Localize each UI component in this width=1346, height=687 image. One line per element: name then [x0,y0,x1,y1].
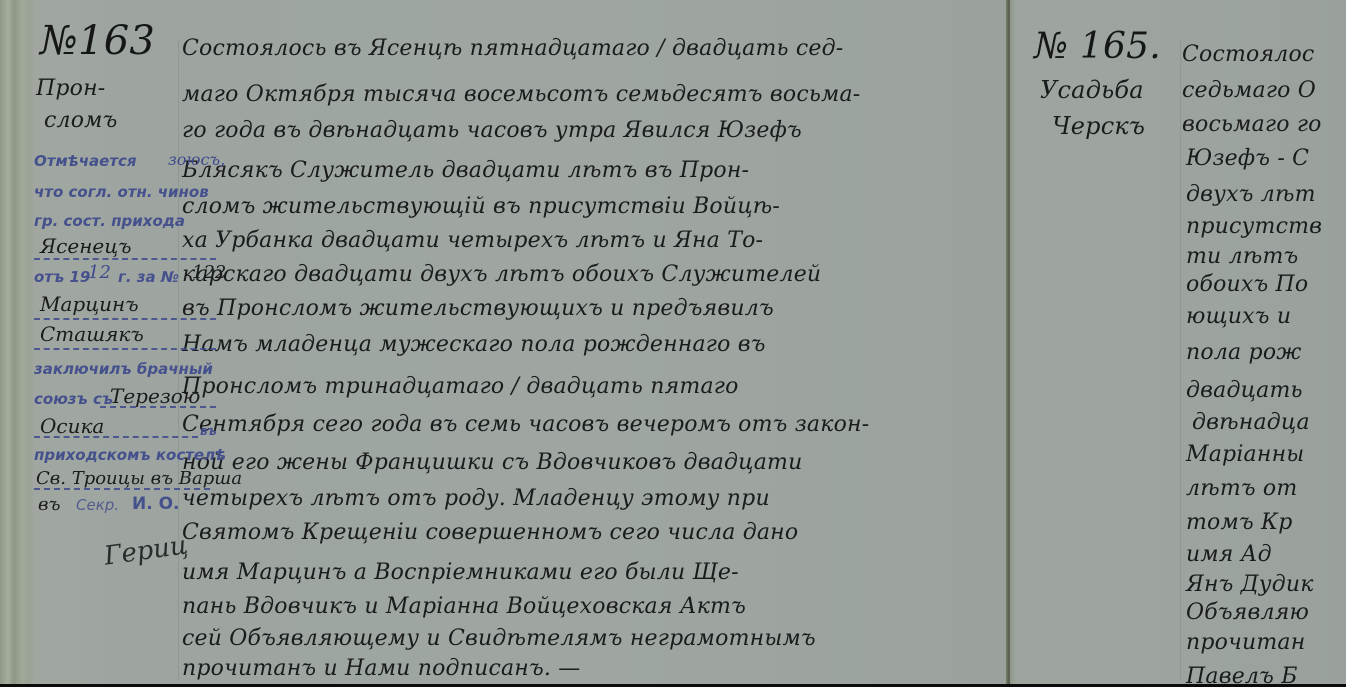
entry-line: двухъ лѣт [1186,182,1316,207]
stamp-text: отъ 19 [34,268,90,286]
entry-line: маго Октября тысяча восемьсотъ семьдесят… [182,82,860,107]
margin-note-line: Прон- [36,76,105,101]
stamp-fill: 12 [88,262,111,283]
stamp-text: въ [200,424,217,438]
entry-line: Состоялос [1182,42,1314,67]
entry-line: томъ Кр [1186,510,1293,535]
margin-note-line: сломъ [44,108,117,133]
entry-line: го года въ двѣнадцать часовъ утра Явился… [182,118,802,143]
entry-line: ющихъ и [1186,304,1291,329]
stamp-text: заключилъ брачный [34,360,213,378]
entry-line: имя Марцинъ а Воспріемниками его были Ще… [182,560,739,585]
stamp-underline [34,258,216,260]
right-page: № 165. Усадьба Черскъ Состоялос седьмаго… [1010,0,1346,684]
left-page: №163 Прон- сломъ Состоялось въ Ясенцѣ пя… [0,0,1008,684]
entry-line: лѣтъ от [1186,476,1297,501]
stamp-underline [34,318,216,320]
secretary-signature: Гериц [102,530,189,571]
document-scan: №163 Прон- сломъ Состоялось въ Ясенцѣ пя… [0,0,1346,684]
entry-line: Юзефъ - С [1186,146,1309,171]
stamp-fill: Марцинъ [40,292,139,316]
entry-line: обоихъ По [1186,272,1308,297]
stamp-fill: Св. Троицы въ Варша [36,468,242,489]
entry-line: ной его жены Францишки съ Вдовчиковъ два… [182,450,802,475]
stamp-fill: Ясенецъ [40,234,131,258]
margin-note-line: Усадьба [1040,76,1144,104]
stamp-fill: Сташякъ [40,322,144,346]
stamp-fill: зоюсъ, [168,150,225,169]
entry-line: двѣнадца [1192,410,1310,435]
stamp-text: гр. сост. прихода [34,212,185,230]
secretary-initials-stamp: И. О. [132,494,180,514]
entry-line: сломъ жительствующій въ присутствіи Войц… [182,194,780,219]
stamp-text: Отмѣчается [34,152,137,170]
entry-line: двадцать [1186,378,1303,403]
stamp-fill: въ [38,494,60,515]
margin-rule [1180,40,1181,680]
entry-number: №163 [40,18,155,64]
stamp-text: приходскомъ костелѣ [34,446,226,464]
entry-line: Блясякъ Служитель двадцати лѣтъ въ Прон- [182,158,749,183]
entry-line: въ Пронсломъ жительствующихъ и предъявил… [182,296,774,321]
stamp-underline [34,488,210,490]
stamp-fill: Осика [40,414,104,438]
entry-line: Павелъ Б [1186,664,1298,684]
entry-line: сей Объявляющему и Свидѣтелямъ неграмотн… [182,626,816,651]
stamp-underline [34,436,198,438]
stamp-text: Секр. [76,496,119,514]
entry-line: седьмаго О [1182,78,1316,103]
entry-line: Намъ младенца мужескаго пола рожденнаго … [182,332,766,357]
entry-line: Янъ Дудик [1186,572,1314,597]
entry-line: Маріанны [1186,442,1304,467]
entry-line: имя Ад [1186,542,1272,567]
entry-line: Состоялось въ Ясенцѣ пятнадцатаго / двад… [182,36,843,61]
entry-line: Пронсломъ тринадцатаго / двадцать пятаго [182,374,739,399]
entry-line: прочитан [1186,630,1305,655]
entry-line: пань Вдовчикъ и Маріанна Войцеховская Ак… [182,594,746,619]
stamp-underline [100,406,216,408]
entry-line: восьмаго го [1182,112,1322,137]
entry-line: четырехъ лѣтъ отъ роду. Младенцу этому п… [182,486,770,511]
margin-note-line: Черскъ [1052,112,1145,140]
entry-number: № 165. [1034,26,1161,67]
stamp-text: что согл. отн. чинов [34,183,209,201]
entry-line: пола рож [1186,340,1301,365]
entry-line: прочитанъ и Нами подписанъ. — [182,656,580,681]
stamp-fill: Терезою [110,384,200,408]
entry-line: ха Урбанка двадцати четырехъ лѣтъ и Яна … [182,228,763,253]
entry-line: Святомъ Крещеніи совершенномъ сего числа… [182,520,798,545]
stamp-text: г. за № [118,268,179,286]
entry-line: Сентября сего года въ семь часовъ вечеро… [182,412,869,437]
entry-line: присутств [1186,214,1322,239]
stamp-fill: 122 [192,262,226,283]
entry-line: ти лѣтъ [1186,244,1298,269]
entry-line: карскаго двадцати двухъ лѣтъ обоихъ Служ… [182,262,821,287]
entry-line: Объявляю [1186,600,1309,625]
stamp-underline [34,348,216,350]
